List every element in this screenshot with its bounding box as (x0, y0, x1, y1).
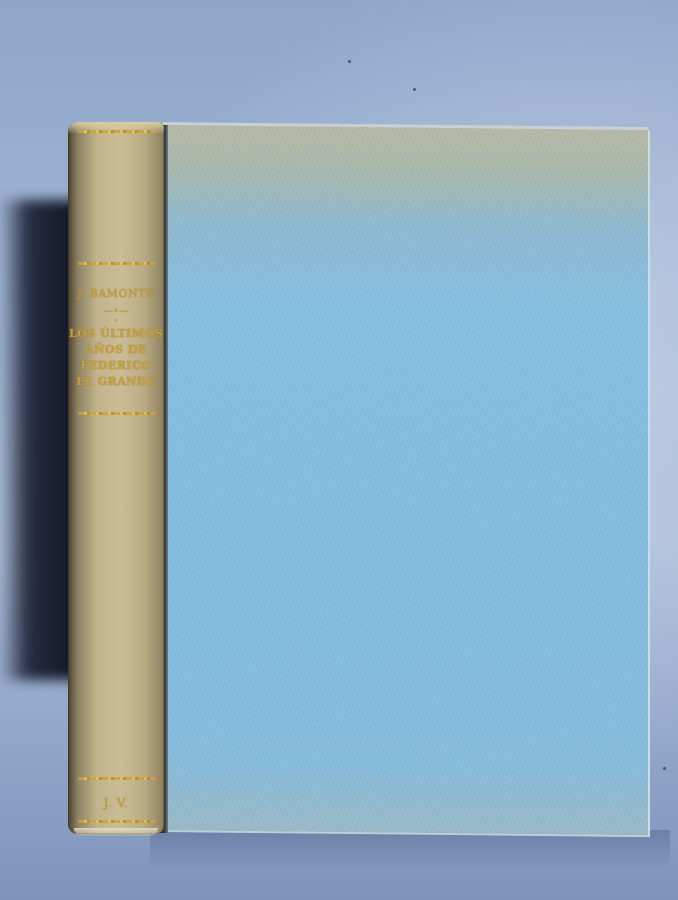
gilt-rule-lower (78, 777, 156, 780)
spine-tailcap (74, 828, 158, 836)
gilt-rule-top (78, 130, 156, 133)
spine-ornament: —•— (68, 307, 164, 317)
spine-title-line-4: EL GRANDE (68, 375, 164, 388)
spine-author: J. BAMONTE (68, 287, 164, 300)
book-front-cover (163, 125, 650, 837)
cloth-texture (163, 125, 648, 835)
book: J. BAMONTE —•— • LOS ÚLTIMOS AÑOS DE FED… (0, 0, 678, 900)
book-spine: J. BAMONTE —•— • LOS ÚLTIMOS AÑOS DE FED… (68, 122, 164, 834)
spine-initials: J. V. (68, 796, 164, 810)
spine-title-line-2: AÑOS DE (68, 343, 164, 356)
gilt-rule-bottom (78, 820, 156, 823)
spine-title-line-1: LOS ÚLTIMOS (68, 327, 164, 340)
spine-title-line-3: FEDERICO (68, 359, 164, 372)
gilt-rule-middle (78, 412, 156, 415)
gilt-rule-upper (78, 262, 156, 265)
spine-ornament-dot: • (68, 317, 164, 325)
